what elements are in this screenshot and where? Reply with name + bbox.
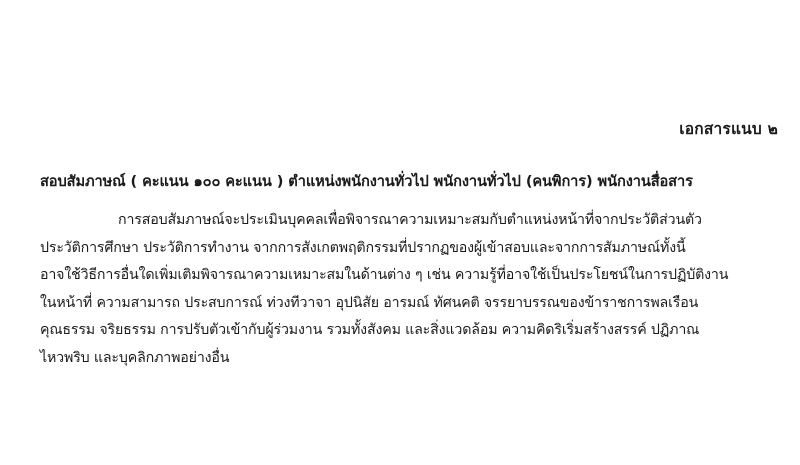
paragraph-line: คุณธรรม จริยธรรม การปรับตัวเข้ากับผู้ร่ว… xyxy=(40,317,780,345)
paragraph-line: การสอบสัมภาษณ์จะประเมินบุคคลเพื่อพิจารณา… xyxy=(40,207,780,235)
document-page: เอกสารแนบ ๒ สอบสัมภาษณ์ ( คะแนน ๑๐๐ คะแน… xyxy=(0,0,800,465)
body-paragraph: การสอบสัมภาษณ์จะประเมินบุคคลเพื่อพิจารณา… xyxy=(40,207,780,372)
paragraph-line: ในหน้าที่ ความสามารถ ประสบการณ์ ท่วงทีวา… xyxy=(40,290,780,318)
paragraph-line: อาจใช้วิธีการอื่นใดเพิ่มเติมพิจารณาความเ… xyxy=(40,262,780,290)
paragraph-line: ประวัติการศึกษา ประวัติการทำงาน จากการสั… xyxy=(40,235,780,263)
section-heading: สอบสัมภาษณ์ ( คะแนน ๑๐๐ คะแนน ) ตำแหน่งพ… xyxy=(40,170,800,193)
paragraph-line: ไหวพริบ และบุคลิกภาพอย่างอื่น xyxy=(40,345,780,373)
attachment-label: เอกสารแนบ ๒ xyxy=(679,116,778,141)
